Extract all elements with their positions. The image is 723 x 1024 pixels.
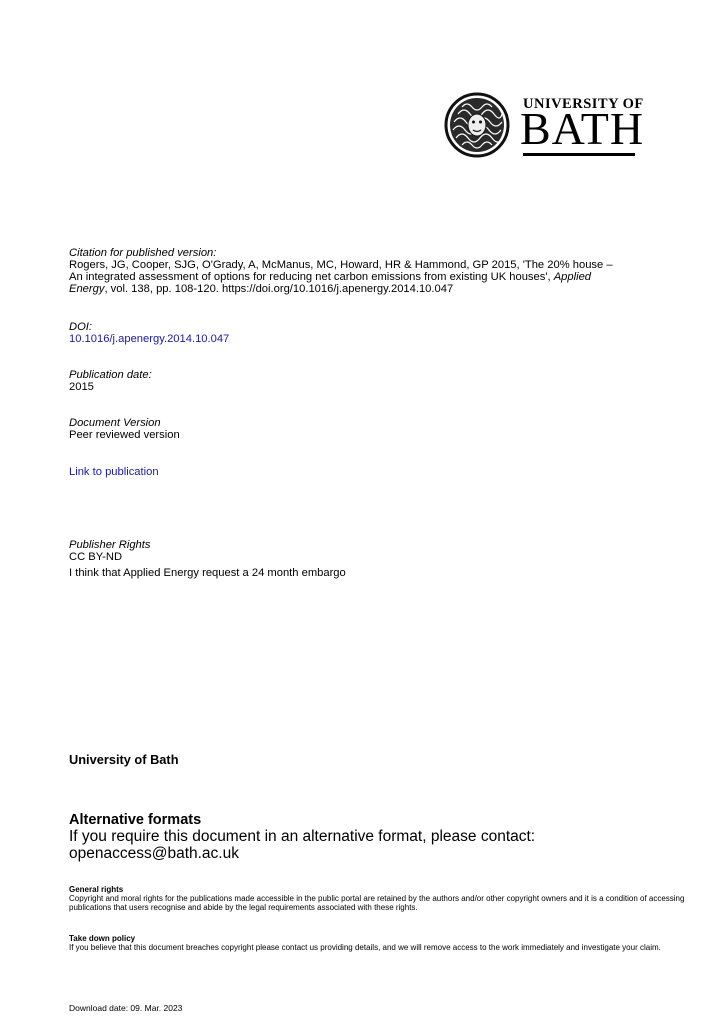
- alternative-formats-text: If you require this document in an alter…: [69, 828, 535, 845]
- citation-label: Citation for published version:: [69, 247, 699, 259]
- university-of-bath-logo: UNIVERSITY OF BATH: [444, 92, 636, 162]
- doi-link[interactable]: 10.1016/j.apenergy.2014.10.047: [69, 333, 229, 345]
- general-rights-section: General rights Copyright and moral right…: [69, 885, 689, 912]
- download-date: Download date: 09. Mar. 2023: [69, 1003, 182, 1013]
- publisher-rights-section: Publisher Rights CC BY-ND I think that A…: [69, 539, 346, 579]
- take-down-policy-section: Take down policy If you believe that thi…: [69, 934, 689, 952]
- citation-section: Citation for published version: Rogers, …: [69, 247, 699, 295]
- link-to-publication[interactable]: Link to publication: [69, 466, 159, 478]
- publication-date-label: Publication date:: [69, 369, 152, 381]
- publisher-rights-value: CC BY-ND: [69, 551, 346, 563]
- publisher-rights-note: I think that Applied Energy request a 24…: [69, 567, 346, 579]
- university-seal-icon: [444, 92, 510, 158]
- publication-date-value: 2015: [69, 381, 152, 393]
- document-version-label: Document Version: [69, 417, 180, 429]
- document-version-section: Document Version Peer reviewed version: [69, 417, 180, 441]
- institution-name: University of Bath: [69, 752, 179, 767]
- publisher-rights-label: Publisher Rights: [69, 539, 346, 551]
- general-rights-text: Copyright and moral rights for the publi…: [69, 894, 689, 912]
- general-rights-heading: General rights: [69, 885, 689, 894]
- citation-text: Rogers, JG, Cooper, SJG, O'Grady, A, McM…: [69, 259, 699, 295]
- publication-date-section: Publication date: 2015: [69, 369, 152, 393]
- alternative-formats-section: Alternative formats If you require this …: [69, 812, 535, 862]
- doi-section: DOI: 10.1016/j.apenergy.2014.10.047: [69, 321, 229, 345]
- logo-bath-text: BATH: [520, 106, 644, 152]
- take-down-policy-text: If you believe that this document breach…: [69, 943, 689, 952]
- document-version-value: Peer reviewed version: [69, 429, 180, 441]
- alternative-formats-heading: Alternative formats: [69, 812, 535, 828]
- take-down-policy-heading: Take down policy: [69, 934, 689, 943]
- logo-underline: [523, 153, 635, 156]
- alternative-formats-email[interactable]: openaccess@bath.ac.uk: [69, 845, 535, 862]
- doi-label: DOI:: [69, 321, 229, 333]
